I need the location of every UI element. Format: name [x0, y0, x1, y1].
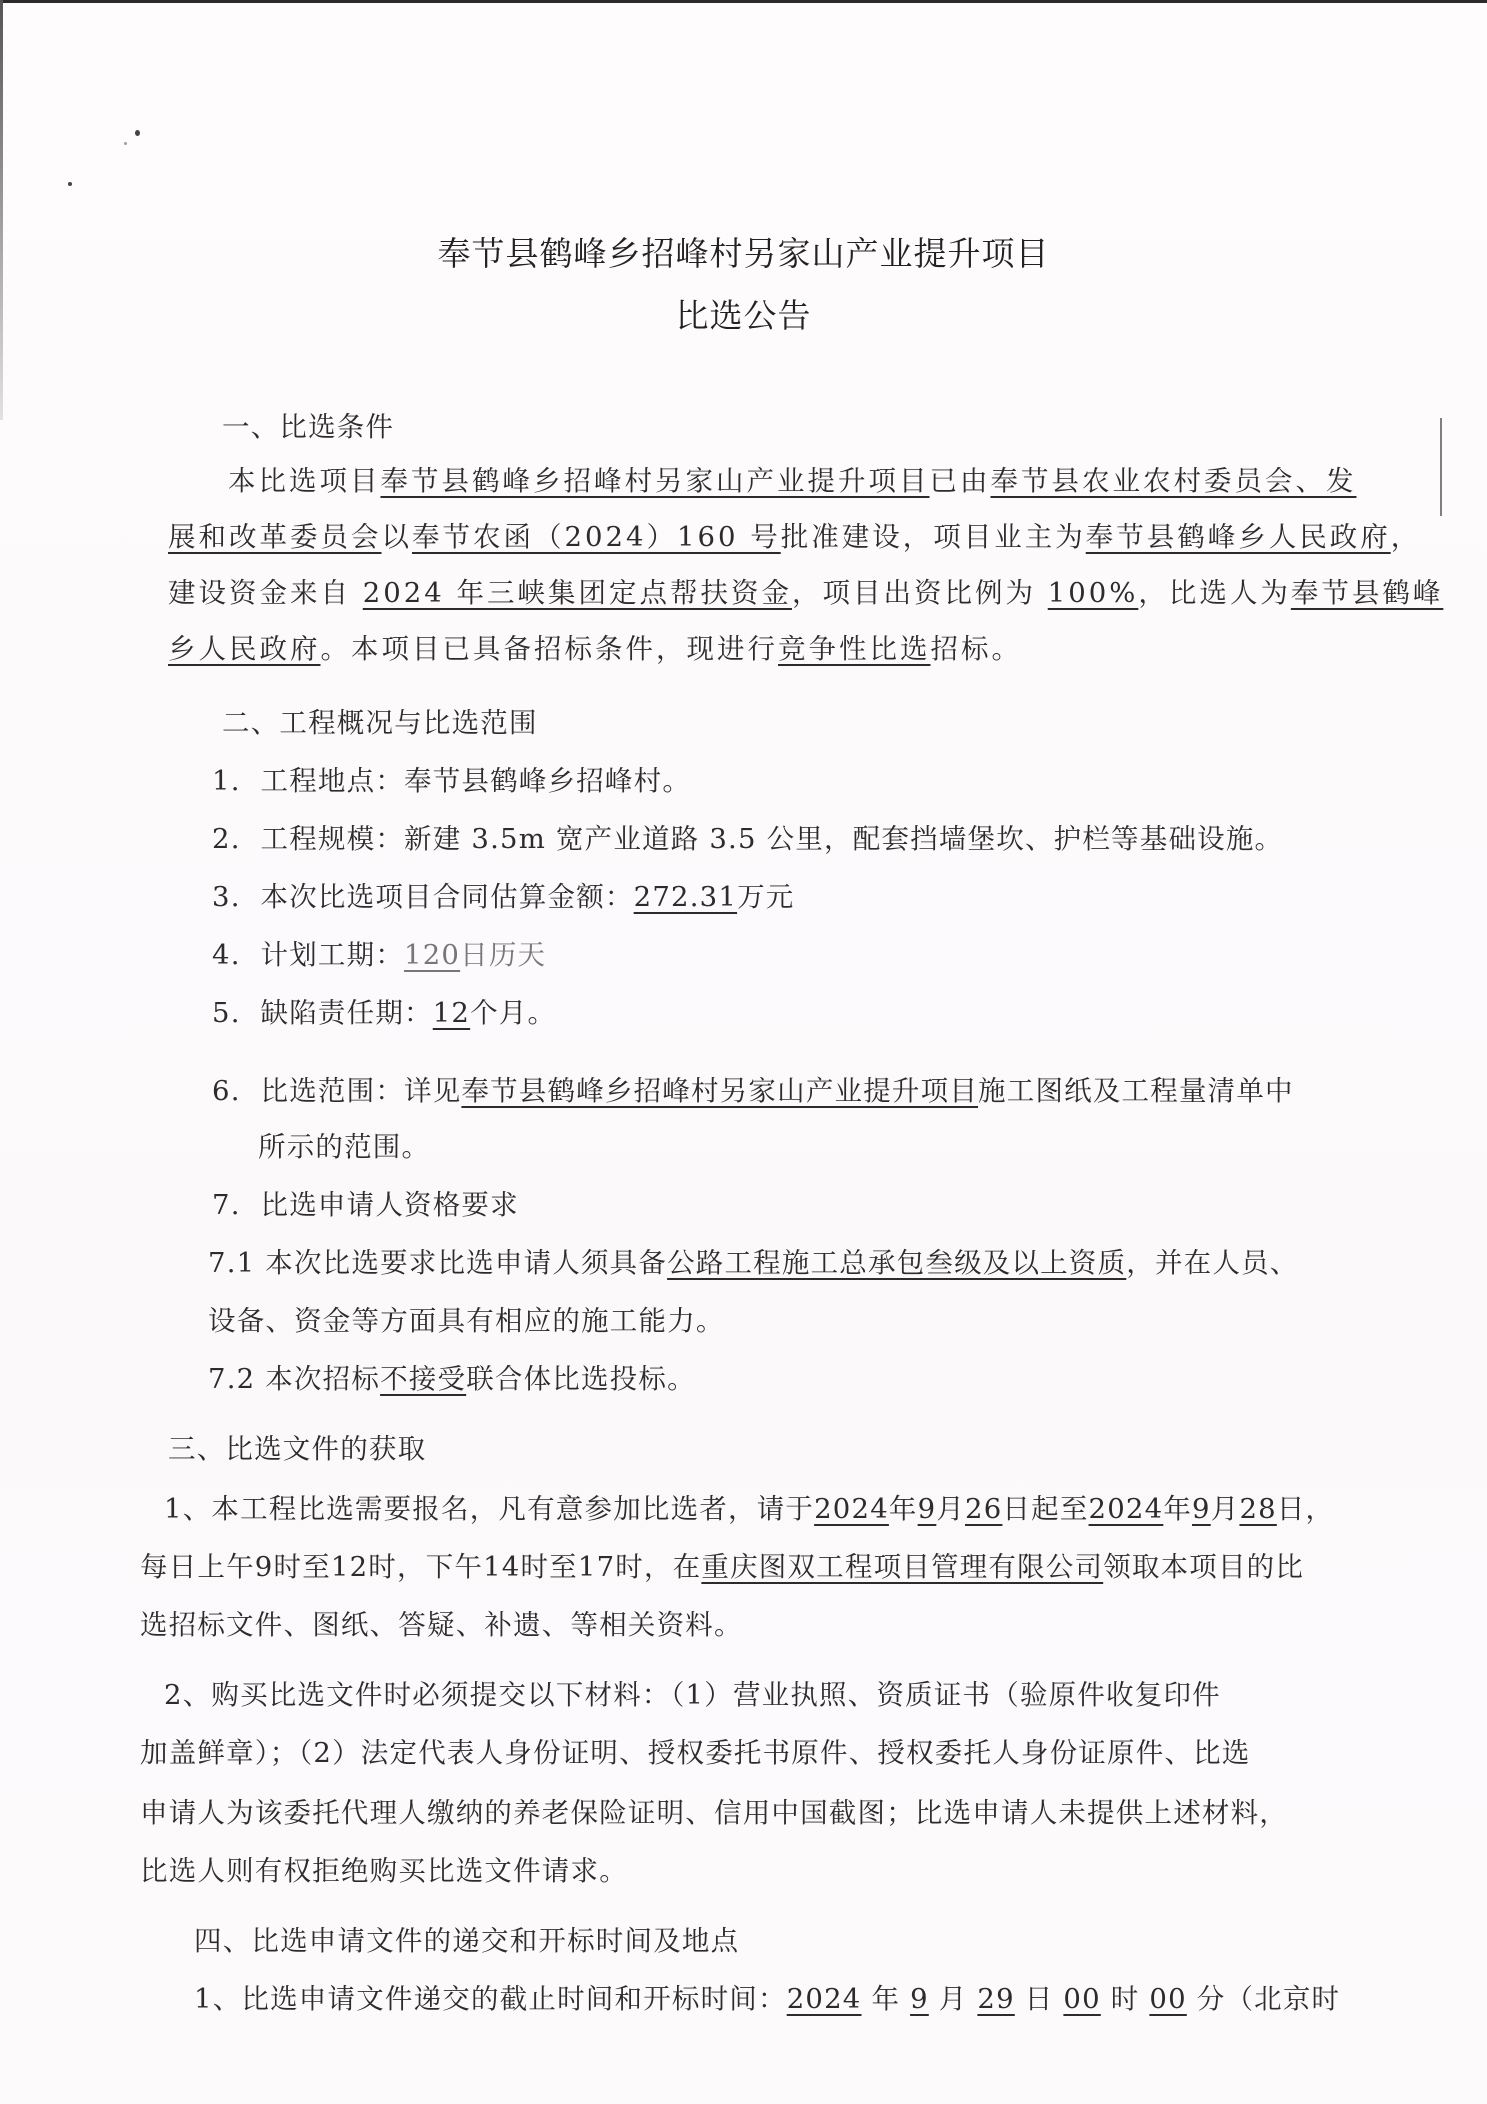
selection-method: 竞争性比选: [778, 633, 931, 665]
item-number: 1.: [212, 765, 241, 797]
text: 年: [1163, 1493, 1192, 1525]
item-unit: 日历天: [460, 939, 546, 971]
section-2-heading: 二、工程概况与比选范围: [222, 700, 538, 740]
deadline-day: 29: [977, 1983, 1014, 2015]
section-1-paragraph-line-4: 乡人民政府。本项目已具备招标条件，现进行竞争性比选招标。: [168, 626, 1022, 666]
deadline-month: 9: [910, 1983, 929, 2015]
consortium-rule: 不接受: [380, 1363, 466, 1395]
item-number: 2.: [212, 823, 241, 855]
project-name: 奉节县鹤峰乡招峰村另家山产业提升项目: [461, 1075, 978, 1107]
item-unit: 万元: [737, 881, 794, 913]
requirement-7-1: 7.1 本次比选要求比选申请人须具备公路工程施工总承包叁级及以上资质，并在人员、: [208, 1240, 1298, 1280]
item-label: 比选申请人资格要求: [261, 1189, 519, 1221]
item-label: 计划工期：: [261, 939, 405, 971]
text: 1、比选申请文件递交的截止时间和开标时间：: [194, 1983, 787, 2015]
contract-amount: 272.31: [634, 881, 737, 913]
section-3-paragraph-1-line-2: 每日上午9时至12时，下午14时至17时，在重庆图双工程项目管理有限公司领取本项…: [140, 1544, 1304, 1584]
text: 日，: [1277, 1493, 1334, 1525]
item-6-cont: 所示的范围。: [258, 1124, 430, 1164]
text: 。本项目已具备招标条件，现进行: [321, 633, 779, 665]
item-3: 3. 本次比选项目合同估算金额：272.31万元: [212, 874, 794, 914]
item-number: 4.: [212, 939, 241, 971]
item-1: 1. 工程地点：奉节县鹤峰乡招峰村。: [212, 758, 691, 798]
text: 领取本项目的比: [1103, 1551, 1304, 1583]
item-value: 施工图纸及工程量清单中: [978, 1075, 1294, 1107]
document-title: 奉节县鹤峰乡招峰村另家山产业提升项目: [0, 228, 1487, 275]
section-4-paragraph-1: 1、比选申请文件递交的截止时间和开标时间：2024 年 9 月 29 日 00 …: [194, 1976, 1340, 2016]
item-number: 6.: [212, 1075, 241, 1107]
text: 分（北京时: [1187, 1983, 1340, 2015]
text: ，比选人为: [1138, 577, 1291, 609]
scan-border-top: [0, 0, 1487, 3]
end-year: 2024: [1089, 1493, 1164, 1525]
fund-source: 2024 年三峡集团定点帮扶资金: [363, 577, 792, 609]
approver: 奉节县农业农村委员会、发: [991, 465, 1357, 497]
scan-speck: [135, 130, 140, 136]
section-1-paragraph-line-1: 本比选项目奉节县鹤峰乡招峰村另家山产业提升项目已由奉节县农业农村委员会、发: [228, 458, 1357, 498]
item-label: 本次比选项目合同估算金额：: [261, 881, 634, 913]
item-value: 奉节县鹤峰乡招峰村。: [404, 765, 691, 797]
item-label: 比选范围：详见: [261, 1075, 462, 1107]
section-3-paragraph-1: 1、本工程比选需要报名，凡有意参加比选者，请于2024年9月26日起至2024年…: [164, 1486, 1334, 1526]
text: 招标。: [931, 633, 1023, 665]
item-number: 7.: [212, 1189, 241, 1221]
item-5: 5. 缺陷责任期：12个月。: [212, 990, 556, 1030]
deadline-year: 2024: [787, 1983, 862, 2015]
start-month: 9: [918, 1493, 937, 1525]
section-3-paragraph-1-line-3: 选招标文件、图纸、答疑、补遗、等相关资料。: [140, 1602, 743, 1642]
agency-name: 重庆图双工程项目管理有限公司: [701, 1551, 1103, 1583]
text: 年: [862, 1983, 911, 2015]
item-unit: 个月。: [470, 997, 556, 1029]
warranty-months: 12: [433, 997, 470, 1029]
text: 7.2 本次招标: [208, 1363, 380, 1395]
section-3-paragraph-2-line-4: 比选人则有权拒绝购买比选文件请求。: [140, 1848, 628, 1888]
scan-speck: [68, 182, 72, 186]
selector: 奉节县鹤峰: [1291, 577, 1444, 609]
section-1-paragraph-line-2: 展和改革委员会以奉节农函（2024）160 号批准建设，项目业主为奉节县鹤峰乡人…: [168, 514, 1421, 554]
item-number: 5.: [212, 997, 241, 1029]
selector-cont: 乡人民政府: [168, 633, 321, 665]
text: ，: [1391, 521, 1422, 553]
item-label: 工程地点：: [261, 765, 405, 797]
end-day: 28: [1239, 1493, 1276, 1525]
text: 日: [1015, 1983, 1064, 2015]
approver-cont: 展和改革委员会: [168, 521, 382, 553]
start-day: 26: [965, 1493, 1002, 1525]
end-month: 9: [1192, 1493, 1211, 1525]
text: 7.1 本次比选要求比选申请人须具备: [208, 1247, 667, 1279]
text: 年: [889, 1493, 918, 1525]
start-year: 2024: [814, 1493, 889, 1525]
document-subtitle: 比选公告: [0, 290, 1487, 337]
deadline-minute: 00: [1149, 1983, 1186, 2015]
requirement-7-2: 7.2 本次招标不接受联合体比选投标。: [208, 1356, 696, 1396]
item-7: 7. 比选申请人资格要求: [212, 1182, 519, 1222]
text: 日起至: [1002, 1493, 1088, 1525]
qualification: 公路工程施工总承包叁级及以上资质: [667, 1247, 1126, 1279]
requirement-7-1-cont: 设备、资金等方面具有相应的施工能力。: [208, 1298, 725, 1338]
text: 以: [382, 521, 413, 553]
scan-margin-mark: [1440, 418, 1442, 516]
text: 批准建设，项目业主为: [781, 521, 1086, 553]
section-1-heading: 一、比选条件: [222, 404, 394, 444]
text: ，项目出资比例为: [792, 577, 1048, 609]
project-owner: 奉节县鹤峰乡人民政府: [1086, 521, 1391, 553]
scanned-page: 奉节县鹤峰乡招峰村另家山产业提升项目 比选公告 一、比选条件 本比选项目奉节县鹤…: [0, 0, 1487, 2104]
section-3-paragraph-2-line-2: 加盖鲜章）；（2）法定代表人身份证明、授权委托书原件、授权委托人身份证原件、比选: [140, 1730, 1251, 1770]
item-2: 2. 工程规模：新建 3.5m 宽产业道路 3.5 公里，配套挡墙堡坎、护栏等基…: [212, 816, 1283, 856]
section-3-heading: 三、比选文件的获取: [168, 1426, 426, 1466]
section-4-heading: 四、比选申请文件的递交和开标时间及地点: [194, 1918, 739, 1958]
scan-speck: [124, 142, 127, 145]
text: 月: [1211, 1493, 1240, 1525]
text: 本比选项目: [228, 465, 381, 497]
scan-border-left: [0, 0, 3, 420]
section-3-paragraph-2-line-3: 申请人为该委托代理人缴纳的养老保险证明、信用中国截图；比选申请人未提供上述材料，: [140, 1790, 1288, 1830]
text: 时: [1101, 1983, 1150, 2015]
project-name: 奉节县鹤峰乡招峰村另家山产业提升项目: [381, 465, 930, 497]
approval-doc-number: 奉节农函（2024）160 号: [412, 521, 781, 553]
section-3-paragraph-2: 2、购买比选文件时必须提交以下材料：（1）营业执照、资质证书（验原件收复印件: [164, 1672, 1221, 1712]
funding-ratio: 100%: [1048, 577, 1139, 609]
text: ，并在人员、: [1126, 1247, 1298, 1279]
section-1-paragraph-line-3: 建设资金来自 2024 年三峡集团定点帮扶资金，项目出资比例为 100%，比选人…: [168, 570, 1443, 610]
text: 已由: [930, 465, 991, 497]
item-label: 缺陷责任期：: [261, 997, 433, 1029]
item-number: 3.: [212, 881, 241, 913]
item-value: 新建 3.5m 宽产业道路 3.5 公里，配套挡墙堡坎、护栏等基础设施。: [404, 823, 1283, 855]
item-6: 6. 比选范围：详见奉节县鹤峰乡招峰村另家山产业提升项目施工图纸及工程量清单中: [212, 1068, 1294, 1108]
text: 联合体比选投标。: [466, 1363, 696, 1395]
item-4: 4. 计划工期：120日历天: [212, 932, 546, 972]
text: 月: [936, 1493, 965, 1525]
text: 建设资金来自: [168, 577, 363, 609]
text: 月: [929, 1983, 978, 2015]
duration-days: 120: [404, 939, 460, 971]
text: 每日上午9时至12时，下午14时至17时，在: [140, 1551, 701, 1583]
text: 1、本工程比选需要报名，凡有意参加比选者，请于: [164, 1493, 814, 1525]
deadline-hour: 00: [1063, 1983, 1100, 2015]
item-label: 工程规模：: [261, 823, 405, 855]
